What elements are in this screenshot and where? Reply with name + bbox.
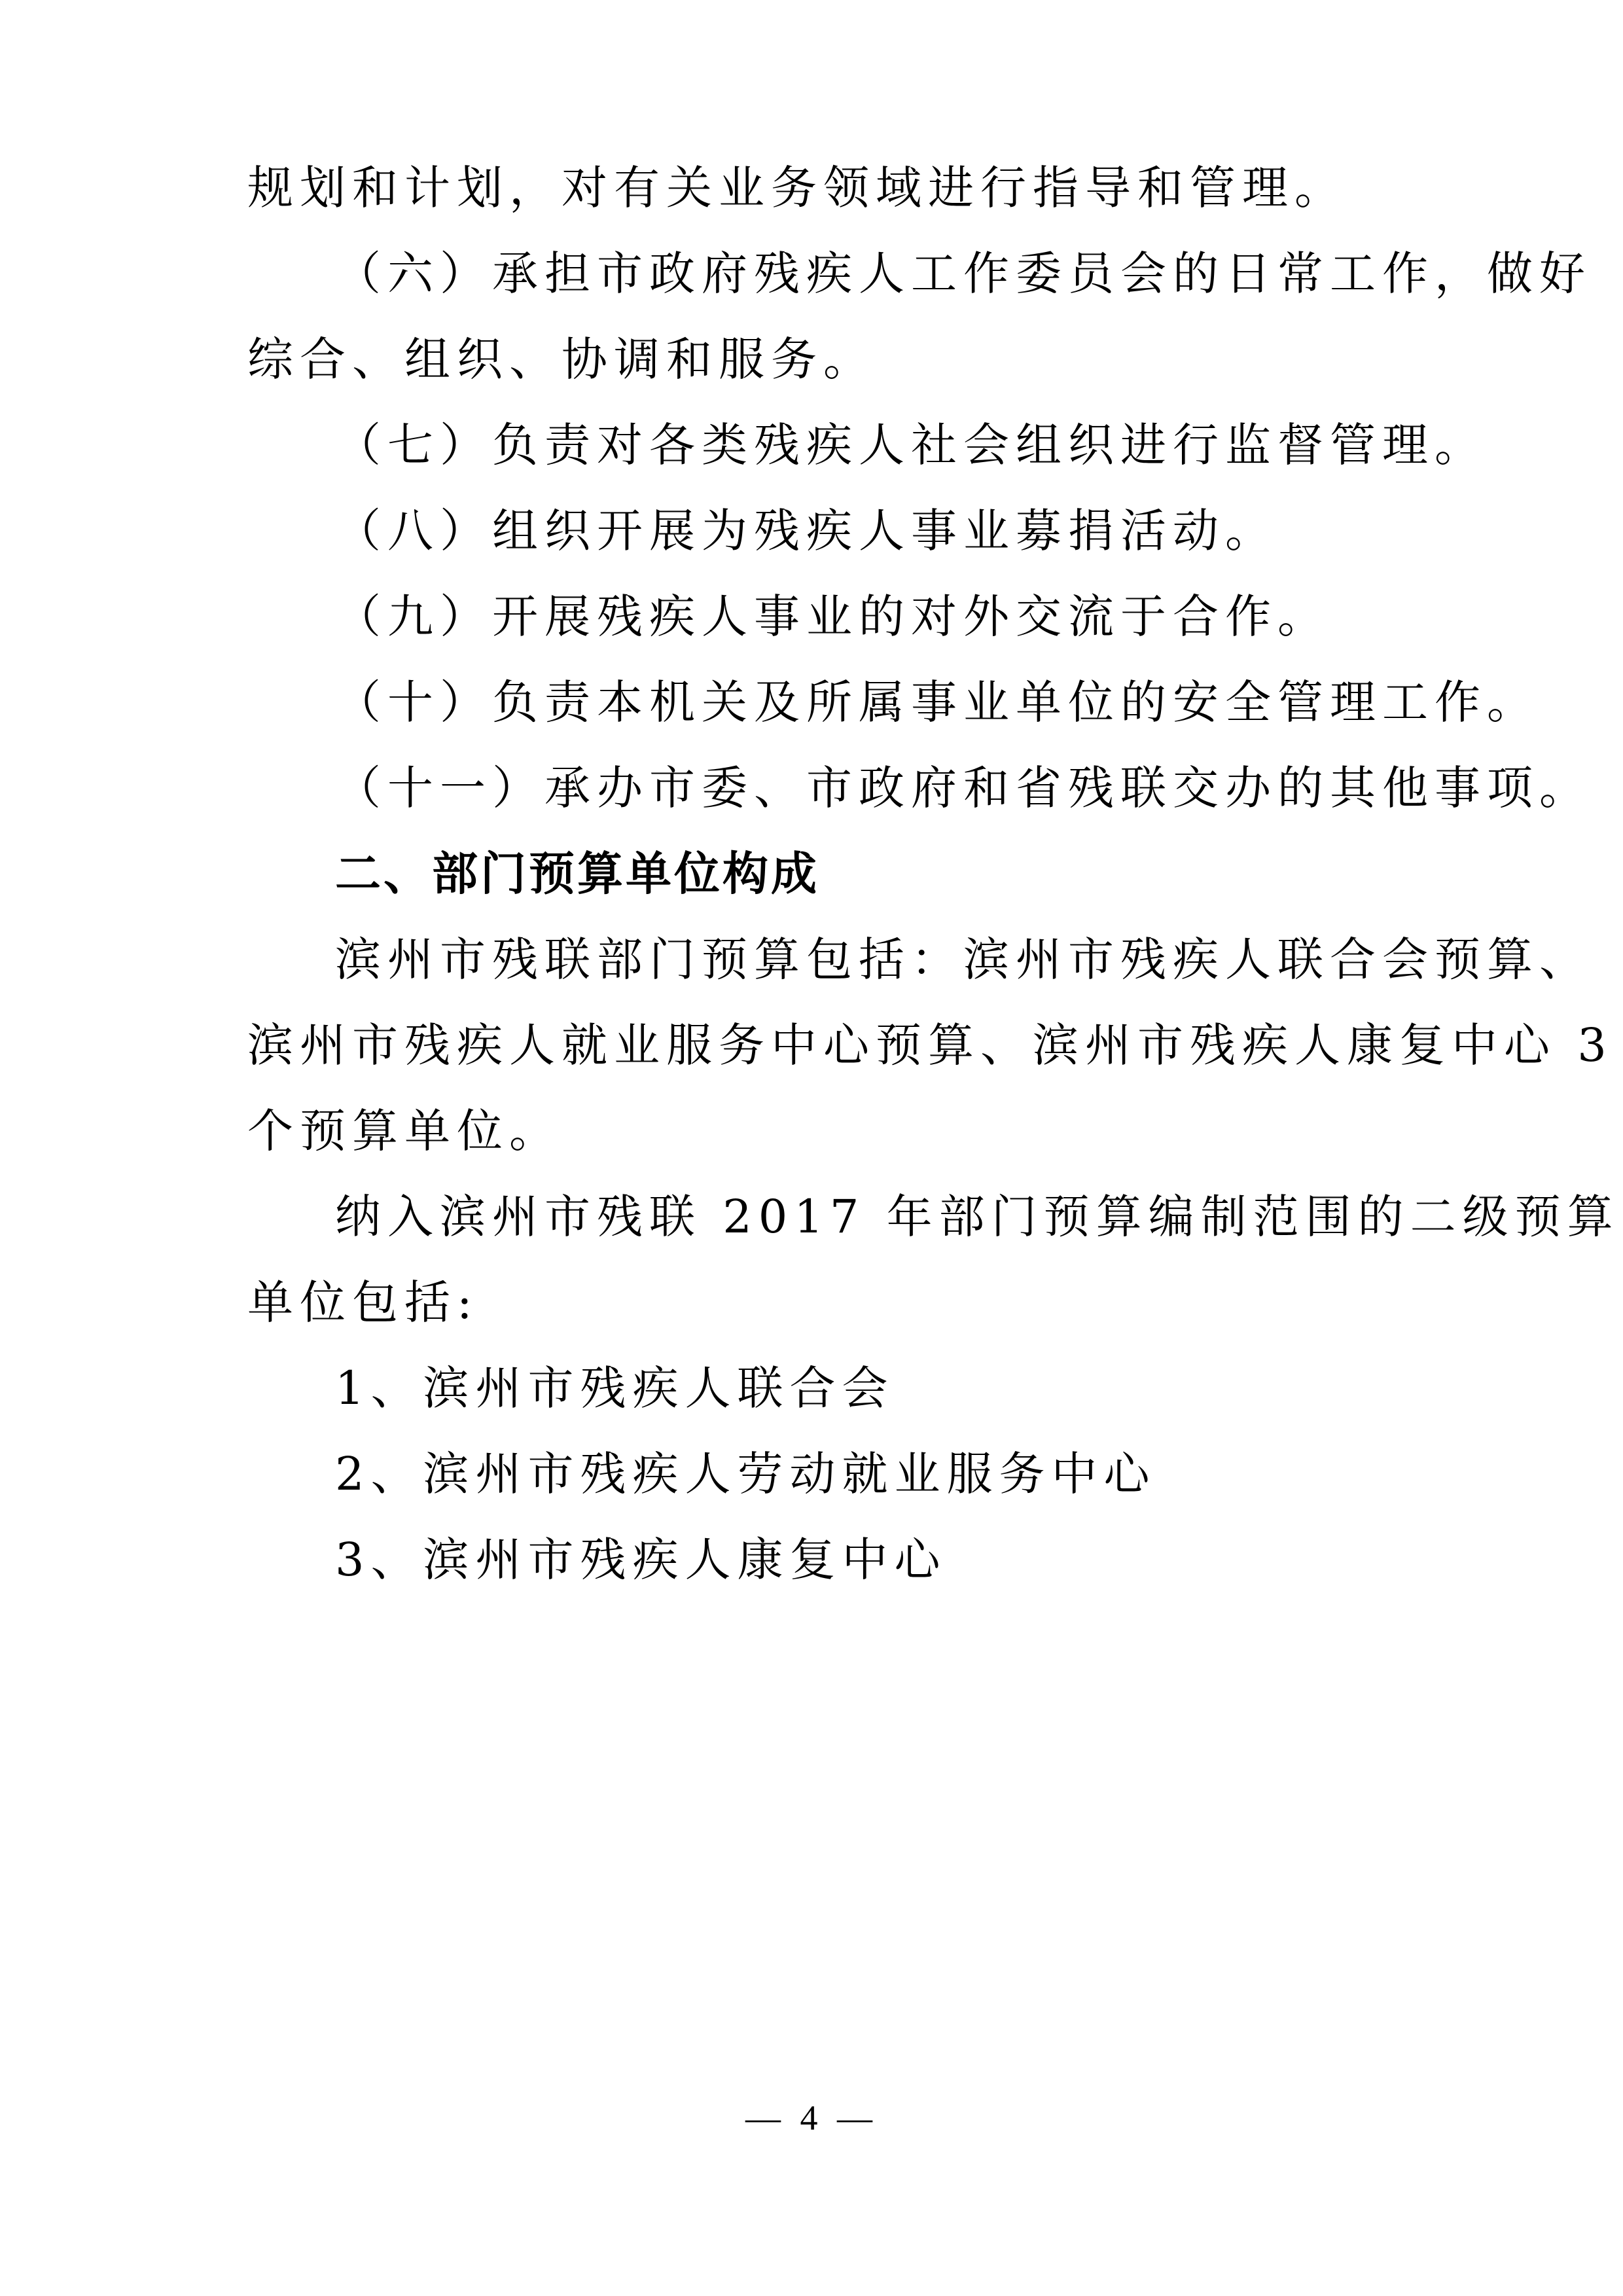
paragraph-line: （六）承担市政府残疾人工作委员会的日常工作，做好 [247, 231, 1380, 317]
section-paragraph-line: 滨州市残疾人就业服务中心预算、滨州市残疾人康复中心 3 [247, 1003, 1380, 1088]
paragraph-line: （十一）承办市委、市政府和省残联交办的其他事项。 [247, 745, 1380, 831]
unit-list-item: 3、滨州市残疾人康复中心 [247, 1517, 1380, 1603]
section-paragraph-line: 个预算单位。 [247, 1088, 1380, 1174]
paragraph-line: （八）组织开展为残疾人事业募捐活动。 [247, 488, 1380, 574]
paragraph-line: 综合、组织、协调和服务。 [247, 317, 1380, 403]
page-number: — 4 — [0, 2098, 1623, 2138]
section-paragraph-line: 单位包括: [247, 1260, 1380, 1346]
paragraph-line: （十）负责本机关及所属事业单位的安全管理工作。 [247, 660, 1380, 745]
section-heading: 二、部门预算单位构成 [247, 831, 1380, 917]
paragraph-line: （七）负责对各类残疾人社会组织进行监督管理。 [247, 403, 1380, 488]
document-body: 规划和计划，对有关业务领域进行指导和管理。 （六）承担市政府残疾人工作委员会的日… [247, 145, 1380, 1603]
section-paragraph-line: 纳入滨州市残联 2017 年部门预算编制范围的二级预算 [247, 1174, 1380, 1260]
unit-list-item: 1、滨州市残疾人联合会 [247, 1346, 1380, 1431]
section-paragraph-line: 滨州市残联部门预算包括：滨州市残疾人联合会预算、 [247, 917, 1380, 1003]
paragraph-line: 规划和计划，对有关业务领域进行指导和管理。 [247, 145, 1380, 231]
paragraph-line: （九）开展残疾人事业的对外交流于合作。 [247, 574, 1380, 660]
unit-list-item: 2、滨州市残疾人劳动就业服务中心 [247, 1431, 1380, 1517]
